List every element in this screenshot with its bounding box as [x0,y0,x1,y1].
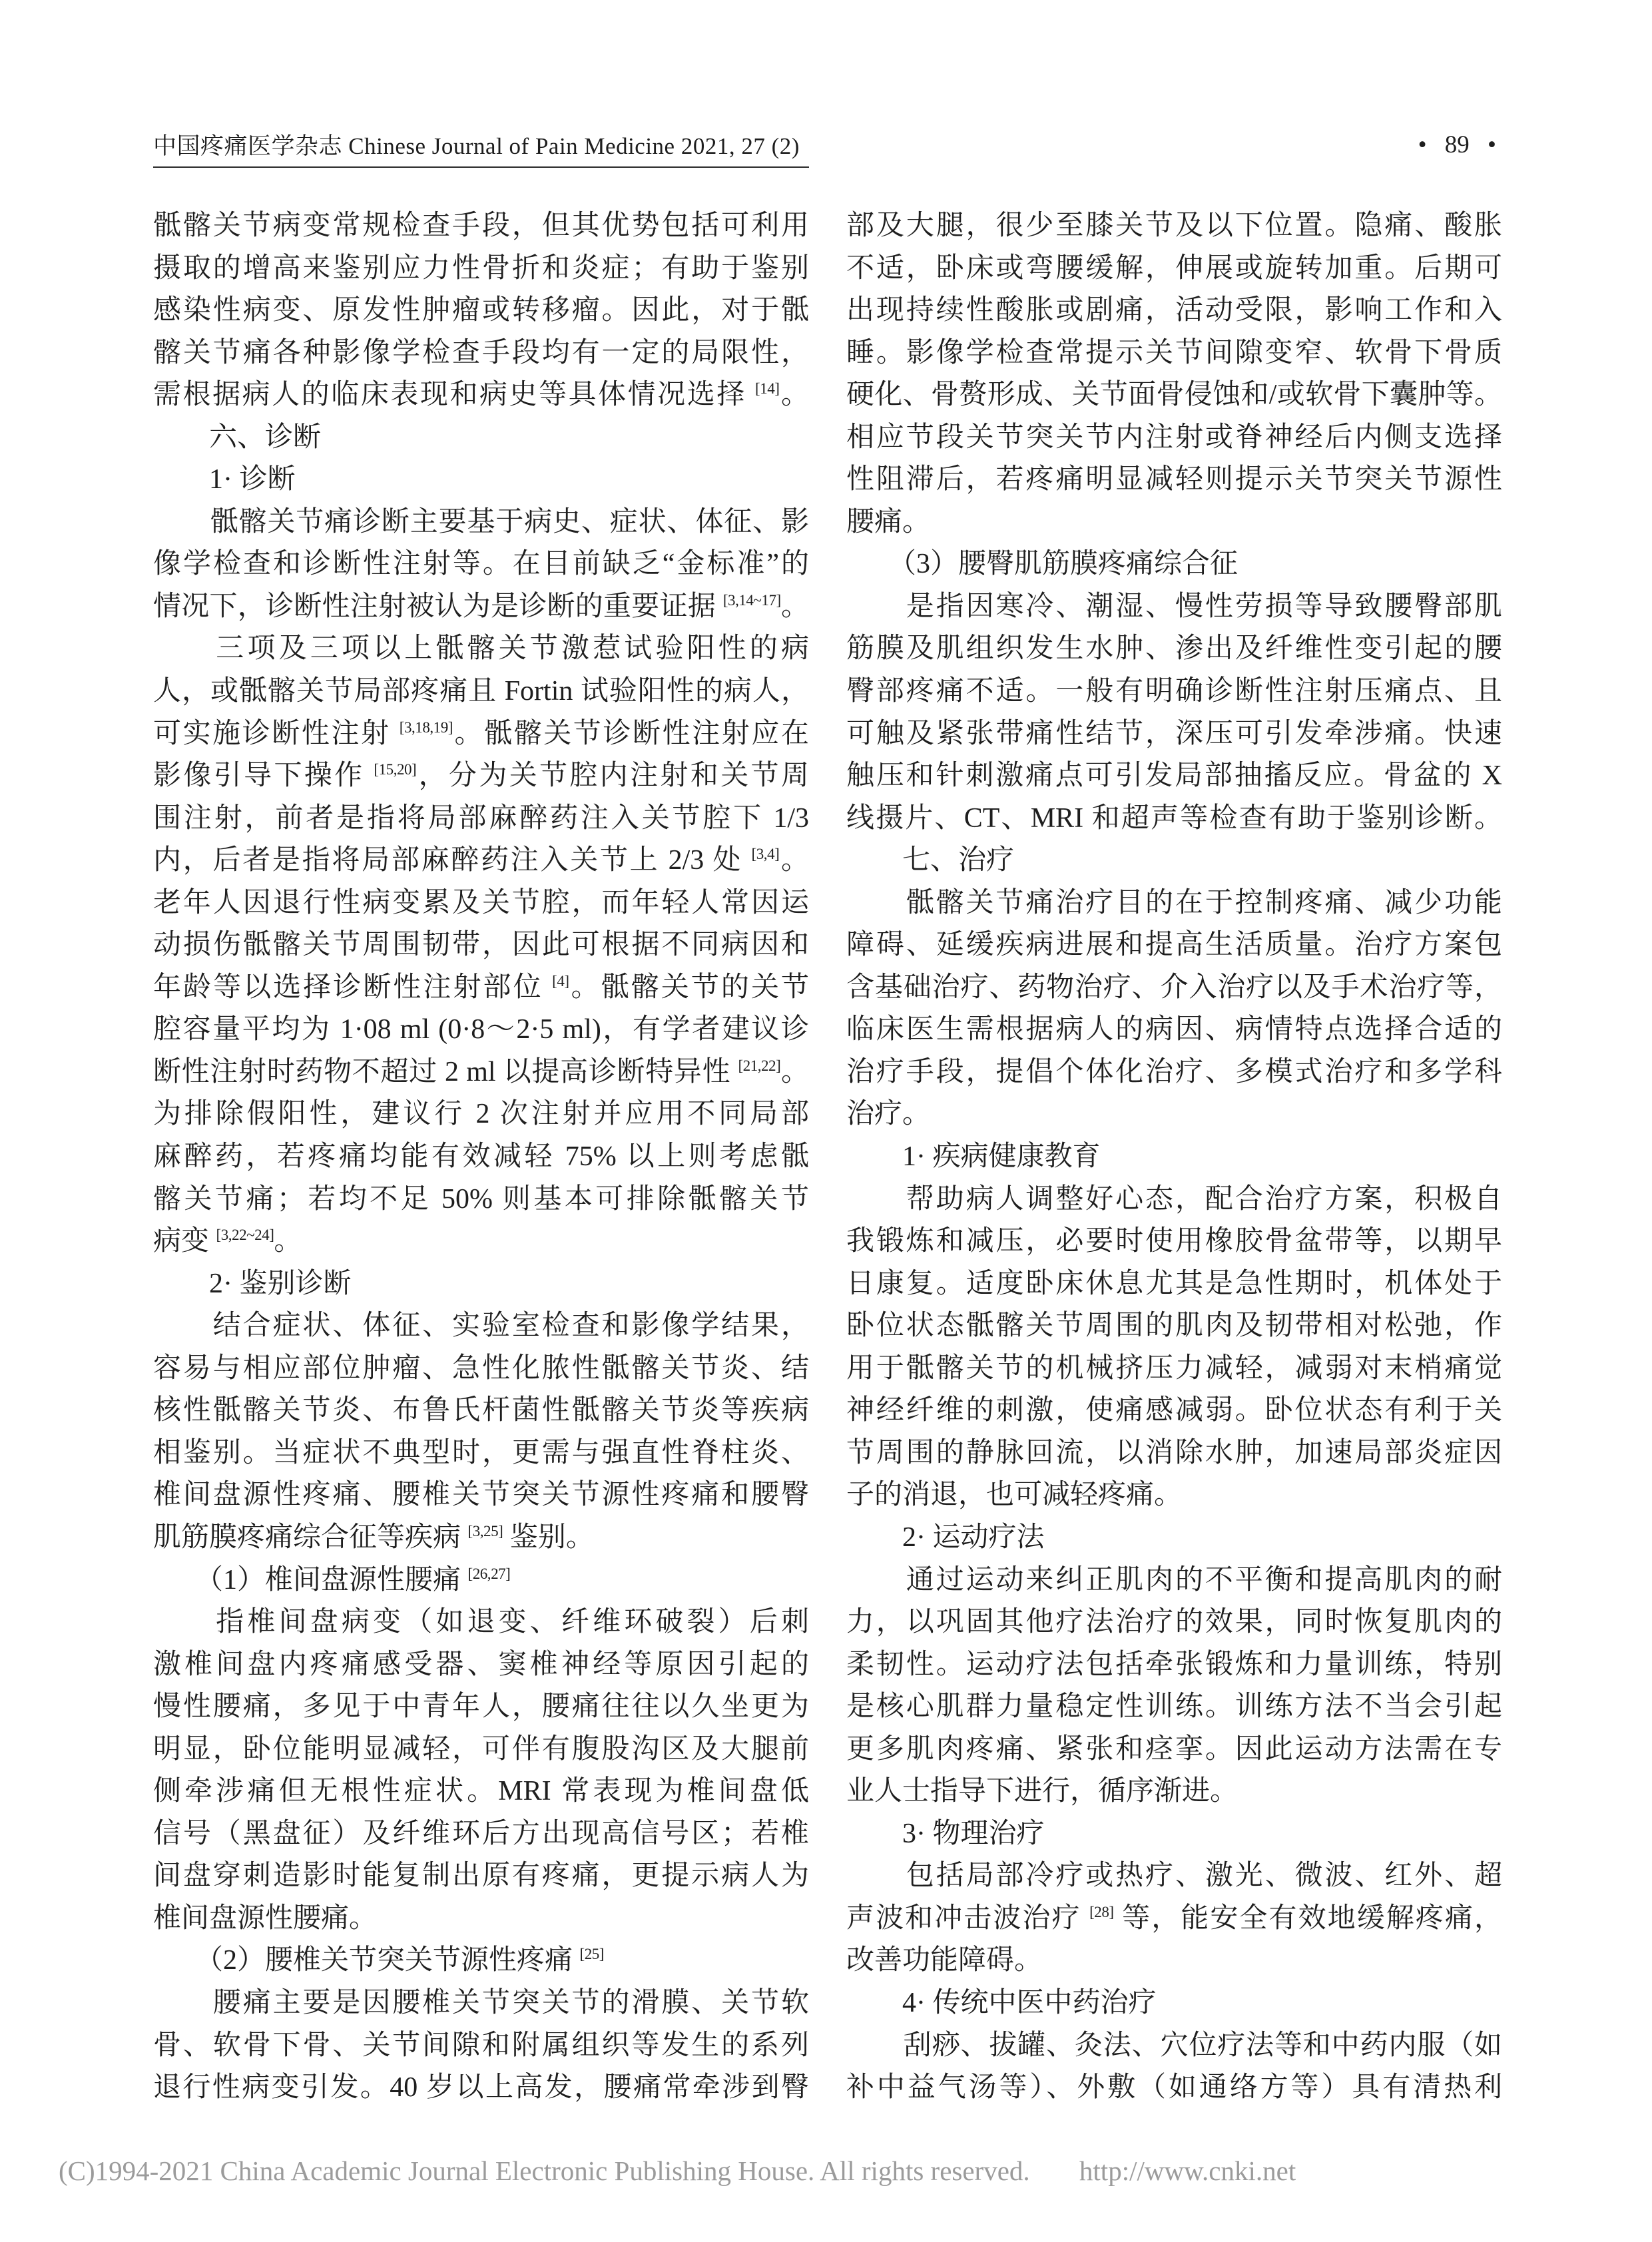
text-line: 年龄等以选择诊断性注射部位 [4]。骶髂关节的关节 [153,967,809,1009]
text-line: 治疗。 [846,1093,1502,1136]
text-line: （2）腰椎关节突关节源性疼痛 [25] [153,1940,809,1982]
text-line: 帮助病人调整好心态，配合治疗方案，积极自 [846,1179,1502,1221]
text-line: 内，后者是指将局部麻醉药注入关节上 2/3 处 [3,4]。 [153,840,809,882]
text-line: 骶髂关节痛治疗目的在于控制疼痛、减少功能 [846,882,1502,925]
text-line: 相鉴别。当症状不典型时，更需与强直性脊柱炎、 [153,1432,809,1475]
text-line: 不适，卧床或弯腰缓解，伸展或旋转加重。后期可 [846,248,1502,290]
text-line: 影像引导下操作 [15,20]，分为关节腔内注射和关节周 [153,755,809,798]
text-line: 业人士指导下进行，循序渐进。 [846,1771,1502,1813]
text-line: 信号（黑盘征）及纤维环后方出现高信号区；若椎 [153,1813,809,1856]
text-line: 硬化、骨赘形成、关节面骨侵蚀和/或软骨下囊肿等。 [846,374,1502,417]
text-line: 用于骶髂关节的机械挤压力减轻，减弱对末梢痛觉 [846,1348,1502,1390]
text-line: 腔容量平均为 1·08 ml (0·8～2·5 ml)，有学者建议诊 [153,1009,809,1051]
text-line: 更多肌肉疼痛、紧张和痉挛。因此运动方法需在专 [846,1729,1502,1771]
text-line: 容易与相应部位肿瘤、急性化脓性骶髂关节炎、结 [153,1348,809,1390]
text-line: 筋膜及肌组织发生水肿、渗出及纤维性变引起的腰 [846,628,1502,671]
text-line: 肌筋膜疼痛综合征等疾病 [3,25] 鉴别。 [153,1517,809,1559]
text-line: 像学检查和诊断性注射等。在目前缺乏“金标准”的 [153,543,809,586]
text-line: 髂关节痛各种影像学检查手段均有一定的局限性， [153,332,809,375]
text-line: 节周围的静脉回流，以消除水肿，加速局部炎症因 [846,1432,1502,1475]
text-line: 改善功能障碍。 [846,1940,1502,1982]
text-line: 感染性病变、原发性肿瘤或转移瘤。因此，对于骶 [153,290,809,332]
text-line: 病变 [3,22~24]。 [153,1221,809,1263]
text-line: 指椎间盘病变（如退变、纤维环破裂）后刺 [153,1601,809,1644]
article-body: 骶髂关节病变常规检查手段，但其优势包括可利用摄取的增高来鉴别应力性骨折和炎症；有… [153,205,1502,2109]
text-line: （1）椎间盘源性腰痛 [26,27] [153,1559,809,1602]
text-line: 围注射，前者是指将局部麻醉药注入关节腔下 1/3 [153,798,809,840]
text-line: 髂关节痛；若均不足 50% 则基本可排除骶髂关节 [153,1179,809,1221]
text-line: 六、诊断 [153,417,809,459]
text-line: 骨、软骨下骨、关节间隙和附属组织等发生的系列 [153,2025,809,2068]
text-line: 人，或骶髂关节局部疼痛且 Fortin 试验阳性的病人， [153,671,809,713]
text-line: 出现持续性酸胀或剧痛，活动受限，影响工作和入 [846,290,1502,332]
text-line: 子的消退，也可减轻疼痛。 [846,1474,1502,1517]
text-line: 需根据病人的临床表现和病史等具体情况选择 [14]。 [153,374,809,417]
text-line: 椎间盘源性疼痛、腰椎关节突关节源性疼痛和腰臀 [153,1474,809,1517]
copyright-text: (C)1994-2021 China Academic Journal Elec… [59,2155,1030,2186]
text-line: 卧位状态骶髂关节周围的肌肉及韧带相对松弛，作 [846,1305,1502,1348]
text-line: 4· 传统中医中药治疗 [846,1982,1502,2025]
text-line: 结合症状、体征、实验室检查和影像学结果， [153,1305,809,1348]
text-line: 三项及三项以上骶髂关节激惹试验阳性的病 [153,628,809,671]
text-line: 臀部疼痛不适。一般有明确诊断性注射压痛点、且 [846,671,1502,713]
text-line: 部及大腿，很少至膝关节及以下位置。隐痛、酸胀 [846,205,1502,248]
page-footer: (C)1994-2021 China Academic Journal Elec… [59,2155,1599,2187]
text-line: 椎间盘源性腰痛。 [153,1898,809,1940]
text-line: 情况下，诊断性注射被认为是诊断的重要证据 [3,14~17]。 [153,586,809,629]
text-line: 麻醉药，若疼痛均能有效减轻 75% 以上则考虑骶 [153,1136,809,1179]
text-line: （3）腰臀肌筋膜疼痛综合征 [846,543,1502,586]
text-line: 退行性病变引发。40 岁以上高发，腰痛常牵涉到臀 [153,2067,809,2109]
text-line: 激椎间盘内疼痛感受器、窦椎神经等原因引起的 [153,1644,809,1687]
text-line: 日康复。适度卧床休息尤其是急性期时，机体处于 [846,1263,1502,1306]
text-line: 睡。影像学检查常提示关节间隙变窄、软骨下骨质 [846,332,1502,375]
text-line: 线摄片、CT、MRI 和超声等检查有助于鉴别诊断。 [846,798,1502,840]
text-line: 断性注射时药物不超过 2 ml 以提高诊断特异性 [21,22]。 [153,1051,809,1094]
text-line: 障碍、延缓疾病进展和提高生活质量。治疗方案包 [846,924,1502,967]
text-line: 可触及紧张带痛性结节，深压可引发牵涉痛。快速 [846,713,1502,756]
text-line: 是核心肌群力量稳定性训练。训练方法不当会引起 [846,1686,1502,1729]
text-line: 摄取的增高来鉴别应力性骨折和炎症；有助于鉴别 [153,248,809,290]
text-line: 我锻炼和减压，必要时使用橡胶骨盆带等，以期早 [846,1221,1502,1263]
column-left: 骶髂关节病变常规检查手段，但其优势包括可利用摄取的增高来鉴别应力性骨折和炎症；有… [153,205,809,2109]
text-line: 是指因寒冷、潮湿、慢性劳损等导致腰臀部肌 [846,586,1502,629]
column-right: 部及大腿，很少至膝关节及以下位置。隐痛、酸胀不适，卧床或弯腰缓解，伸展或旋转加重… [846,205,1502,2109]
text-line: 1· 疾病健康教育 [846,1136,1502,1179]
text-line: 力，以巩固其他疗法治疗的效果，同时恢复肌肉的 [846,1601,1502,1644]
text-line: 包括局部冷疗或热疗、激光、微波、红外、超 [846,1855,1502,1898]
text-line: 为排除假阳性，建议行 2 次注射并应用不同局部 [153,1093,809,1136]
text-line: 骶髂关节病变常规检查手段，但其优势包括可利用 [153,205,809,248]
text-line: 1· 诊断 [153,459,809,501]
text-line: 动损伤骶髂关节周围韧带，因此可根据不同病因和 [153,924,809,967]
text-line: 补中益气汤等）、外敷（如通络方等）具有清热利 [846,2067,1502,2109]
text-line: 腰痛。 [846,501,1502,544]
text-line: 间盘穿刺造影时能复制出原有疼痛，更提示病人为 [153,1855,809,1898]
text-line: 慢性腰痛，多见于中青年人，腰痛往往以久坐更为 [153,1686,809,1729]
text-line: 老年人因退行性病变累及关节腔，而年轻人常因运 [153,882,809,925]
journal-title: 中国疼痛医学杂志 Chinese Journal of Pain Medicin… [153,133,809,168]
text-line: 性阻滞后，若疼痛明显减轻则提示关节突关节源性 [846,459,1502,501]
text-line: 通过运动来纠正肌肉的不平衡和提高肌肉的耐 [846,1559,1502,1602]
text-line: 2· 鉴别诊断 [153,1263,809,1306]
text-line: 腰痛主要是因腰椎关节突关节的滑膜、关节软 [153,1982,809,2025]
cnki-url: http://www.cnki.net [1079,2155,1296,2186]
text-line: 骶髂关节痛诊断主要基于病史、症状、体征、影 [153,501,809,544]
text-line: 临床医生需根据病人的病因、病情特点选择合适的 [846,1009,1502,1051]
text-line: 明显，卧位能明显减轻，可伴有腹股沟区及大腿前 [153,1729,809,1771]
page-header: 中国疼痛医学杂志 Chinese Journal of Pain Medicin… [153,131,1500,168]
text-line: 神经纤维的刺激，使痛感减弱。卧位状态有利于关 [846,1390,1502,1432]
text-line: 刮痧、拔罐、灸法、穴位疗法等和中药内服（如 [846,2025,1502,2068]
page-number: • 89 • [1418,131,1500,168]
text-line: 声波和冲击波治疗 [28] 等，能安全有效地缓解疼痛， [846,1898,1502,1940]
text-line: 柔韧性。运动疗法包括牵张锻炼和力量训练，特别 [846,1644,1502,1687]
text-line: 七、治疗 [846,840,1502,882]
text-line: 2· 运动疗法 [846,1517,1502,1559]
text-line: 核性骶髂关节炎、布鲁氏杆菌性骶髂关节炎等疾病 [153,1390,809,1432]
text-line: 触压和针刺激痛点可引发局部抽搐反应。骨盆的 X [846,755,1502,798]
text-line: 含基础治疗、药物治疗、介入治疗以及手术治疗等， [846,967,1502,1009]
text-line: 相应节段关节突关节内注射或脊神经后内侧支选择 [846,417,1502,459]
text-line: 3· 物理治疗 [846,1813,1502,1856]
text-line: 可实施诊断性注射 [3,18,19]。骶髂关节诊断性注射应在 [153,713,809,756]
text-line: 侧牵涉痛但无根性症状。MRI 常表现为椎间盘低 [153,1771,809,1813]
text-line: 治疗手段，提倡个体化治疗、多模式治疗和多学科 [846,1051,1502,1094]
